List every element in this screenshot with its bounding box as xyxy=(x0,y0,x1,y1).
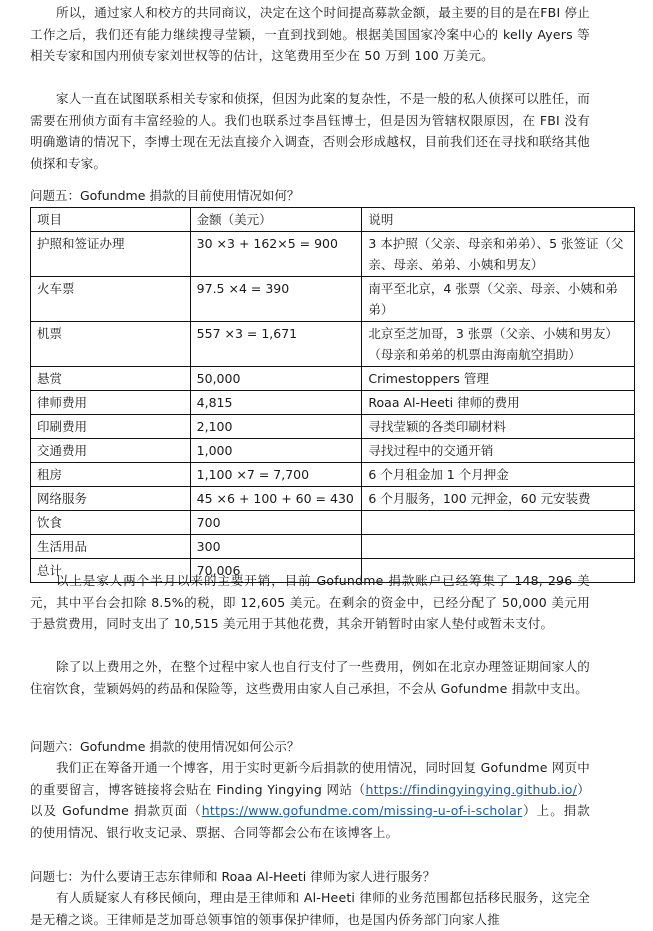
cell-amount: 4,815 xyxy=(190,391,362,415)
cell-item: 律师费用 xyxy=(31,391,191,415)
table-row: 护照和签证办理 30 ×3 + 162×5 = 900 3 本护照（父亲、母亲和… xyxy=(31,232,635,277)
cell-note: 北京至芝加哥，3 张票（父亲、小姨和男友）（母亲和弟弟的机票由海南航空捐助） xyxy=(362,322,635,367)
q6-paragraph: 我们正在筹备开通一个博客，用于实时更新今后捐款的使用情况，同时回复 Gofund… xyxy=(30,757,590,843)
cell-amount: 97.5 ×4 = 390 xyxy=(190,277,362,322)
table-row: 租房 1,100 ×7 = 7,700 6 个月租金加 1 个月押金 xyxy=(31,463,635,487)
cell-amount: 50,000 xyxy=(190,367,362,391)
question-6-heading: 问题六：Gofundme 捐款的使用情况如何公示？ xyxy=(30,736,299,757)
cell-item: 交通费用 xyxy=(31,439,191,463)
cell-item: 机票 xyxy=(31,322,191,367)
cell-item: 租房 xyxy=(31,463,191,487)
table-row: 悬赏 50,000 Crimestoppers 管理 xyxy=(31,367,635,391)
cell-note: Roaa Al-Heeti 律师的费用 xyxy=(362,391,635,415)
cell-amount: 45 ×6 + 100 + 60 = 430 xyxy=(190,487,362,511)
findingyingying-link[interactable]: https://findingyingying.github.io/ xyxy=(366,782,578,797)
table-row: 印刷费用 2,100 寻找莹颖的各类印刷材料 xyxy=(31,415,635,439)
table-row: 饮食 700 xyxy=(31,511,635,535)
cell-item: 护照和签证办理 xyxy=(31,232,191,277)
cell-note xyxy=(362,511,635,535)
q5-paragraph-1: 以上是家人两个半月以来的主要开销，目前 Gofundme 捐款账户已经筹集了 1… xyxy=(30,570,590,635)
gofundme-link[interactable]: https://www.gofundme.com/missing-u-of-i-… xyxy=(202,803,522,818)
cell-amount: 700 xyxy=(190,511,362,535)
intro-paragraph-1: 所以，通过家人和校方的共同商议，决定在这个时间提高募款金额，最主要的目的是在FB… xyxy=(30,2,590,67)
table-row: 律师费用 4,815 Roaa Al-Heeti 律师的费用 xyxy=(31,391,635,415)
cell-note: 6 个月服务，100 元押金，60 元安装费 xyxy=(362,487,635,511)
intro-paragraph-2: 家人一直在试图联系相关专家和侦探，但因为此案的复杂性，不是一般的私人侦探可以胜任… xyxy=(30,88,590,174)
cell-amount: 1,000 xyxy=(190,439,362,463)
cell-item: 印刷费用 xyxy=(31,415,191,439)
question-7-heading: 问题七：为什么要请王志东律师和 Roaa Al-Heeti 律师为家人进行服务？ xyxy=(30,866,435,887)
cell-note: 6 个月租金加 1 个月押金 xyxy=(362,463,635,487)
header-amount: 金额（美元） xyxy=(190,208,362,232)
cell-note: 寻找莹颖的各类印刷材料 xyxy=(362,415,635,439)
cell-amount: 30 ×3 + 162×5 = 900 xyxy=(190,232,362,277)
cell-note: 寻找过程中的交通开销 xyxy=(362,439,635,463)
document-page: 所以，通过家人和校方的共同商议，决定在这个时间提高募款金额，最主要的目的是在FB… xyxy=(0,0,653,931)
table-row: 生活用品 300 xyxy=(31,535,635,559)
cell-item: 生活用品 xyxy=(31,535,191,559)
table-row: 机票 557 ×3 = 1,671 北京至芝加哥，3 张票（父亲、小姨和男友）（… xyxy=(31,322,635,367)
cell-item: 饮食 xyxy=(31,511,191,535)
table-header-row: 项目 金额（美元） 说明 xyxy=(31,208,635,232)
question-5-heading: 问题五：Gofundme 捐款的目前使用情况如何？ xyxy=(30,185,299,206)
table-row: 交通费用 1,000 寻找过程中的交通开销 xyxy=(31,439,635,463)
expense-table: 项目 金额（美元） 说明 护照和签证办理 30 ×3 + 162×5 = 900… xyxy=(30,207,635,583)
cell-amount: 2,100 xyxy=(190,415,362,439)
table-row: 火车票 97.5 ×4 = 390 南平至北京，4 张票（父亲、母亲、小姨和弟弟… xyxy=(31,277,635,322)
cell-item: 悬赏 xyxy=(31,367,191,391)
cell-note: 3 本护照（父亲、母亲和弟弟）、5 张签证（父亲、母亲、弟弟、小姨和男友） xyxy=(362,232,635,277)
table-row: 网络服务 45 ×6 + 100 + 60 = 430 6 个月服务，100 元… xyxy=(31,487,635,511)
cell-amount: 557 ×3 = 1,671 xyxy=(190,322,362,367)
q5-paragraph-2: 除了以上费用之外，在整个过程中家人也自行支付了一些费用，例如在北京办理签证期间家… xyxy=(30,656,590,699)
q7-paragraph-1: 有人质疑家人有移民倾向，理由是王律师和 Al-Heeti 律师的业务范围都包括移… xyxy=(30,887,590,930)
header-note: 说明 xyxy=(362,208,635,232)
cell-item: 网络服务 xyxy=(31,487,191,511)
cell-note: Crimestoppers 管理 xyxy=(362,367,635,391)
cell-note xyxy=(362,535,635,559)
cell-item: 火车票 xyxy=(31,277,191,322)
cell-note: 南平至北京，4 张票（父亲、母亲、小姨和弟弟） xyxy=(362,277,635,322)
cell-amount: 1,100 ×7 = 7,700 xyxy=(190,463,362,487)
header-item: 项目 xyxy=(31,208,191,232)
cell-amount: 300 xyxy=(190,535,362,559)
